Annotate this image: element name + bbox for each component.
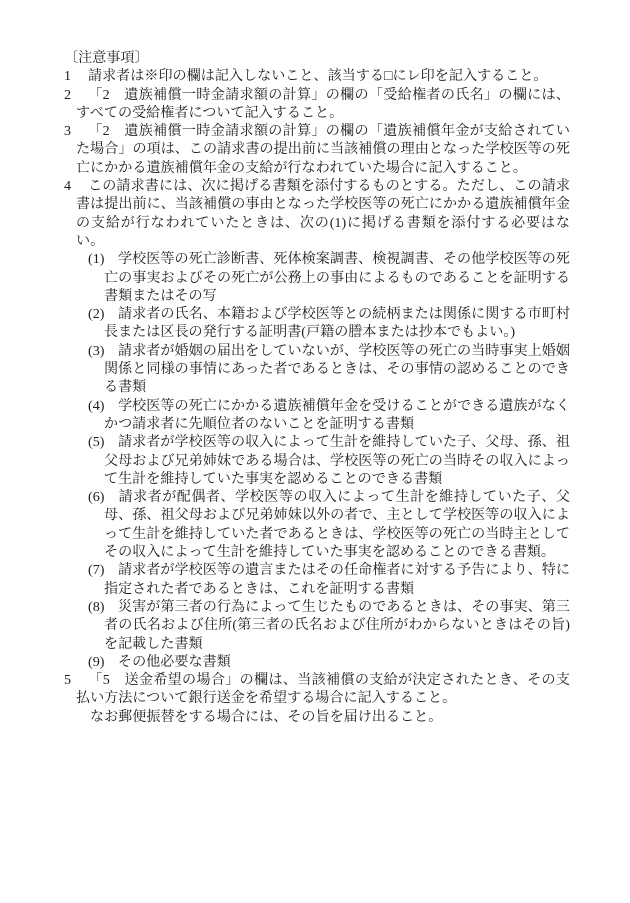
- item-number: 2: [64, 86, 88, 104]
- note-item-1: 1請求者は※印の欄は記入しないこと、該当する□にレ印を記入すること。: [76, 67, 570, 85]
- note-item-3: 3「2 遺族補償一時金請求額の計算」の欄の「遺族補償年金が支給されていた場合」の…: [76, 122, 570, 177]
- subitem-number: (3): [88, 342, 118, 360]
- item-number: 1: [64, 67, 88, 85]
- note-item-5-postscript: なお郵便振替をする場合には、その旨を届け出ること。: [76, 708, 570, 726]
- subitem-text: 請求者が婚姻の届出をしていないが、学校医等の死亡の当時事実上婚姻関係と同様の事情…: [104, 343, 570, 396]
- subitem-number: (8): [88, 598, 118, 616]
- subitem-number: (2): [88, 305, 118, 323]
- note-subitem-2: (2)請求者の氏名、本籍および学校医等との続柄または関係に関する市町村長または区…: [104, 305, 570, 342]
- item-text: 「5 送金希望の場合」の欄は、当該補償の支給が決定されたとき、その支払い方法につ…: [76, 672, 570, 706]
- notes-title: 〔注意事項〕: [64, 49, 570, 67]
- subitem-number: (1): [88, 250, 118, 268]
- note-subitem-8: (8)災害が第三者の行為によって生じたものであるときは、その事実、第三者の氏名お…: [104, 598, 570, 653]
- subitem-text: その他必要な書類: [118, 654, 231, 670]
- subitem-text: 請求者が学校医等の遺言またはその任命権者に対する予告により、特に指定された者であ…: [104, 562, 570, 596]
- subitem-number: (7): [88, 561, 118, 579]
- subitem-text: 請求者の氏名、本籍および学校医等との続柄または関係に関する市町村長または区長の発…: [104, 306, 570, 340]
- note-subitem-5: (5)請求者が学校医等の収入によって生計を維持していた子、父母、孫、祖父母および…: [104, 433, 570, 488]
- subitem-text: 学校医等の死亡にかかる遺族補償年金を受けることができる遺族がなくかつ請求者に先順…: [104, 398, 570, 432]
- subitem-text: 災害が第三者の行為によって生じたものであるときは、その事実、第三者の氏名および住…: [104, 599, 570, 652]
- note-item-2: 2「2 遺族補償一時金請求額の計算」の欄の「受給権者の氏名」の欄には、すべての受…: [76, 86, 570, 123]
- item-number: 4: [64, 177, 88, 195]
- note-subitem-3: (3)請求者が婚姻の届出をしていないが、学校医等の死亡の当時事実上婚姻関係と同様…: [104, 342, 570, 397]
- subitem-number: (6): [88, 488, 118, 506]
- item-number: 5: [64, 671, 88, 689]
- note-subitem-9: (9)その他必要な書類: [104, 653, 570, 671]
- subitem-number: (5): [88, 433, 118, 451]
- note-subitem-4: (4)学校医等の死亡にかかる遺族補償年金を受けることができる遺族がなくかつ請求者…: [104, 397, 570, 434]
- subitem-number: (9): [88, 653, 118, 671]
- subitem-text: 請求者が学校医等の収入によって生計を維持していた子、父母、孫、祖父母および兄弟姉…: [104, 434, 570, 487]
- document-page: 〔注意事項〕 1請求者は※印の欄は記入しないこと、該当する□にレ印を記入すること…: [0, 0, 630, 903]
- subitem-text: 請求者が配偶者、学校医等の収入によって生計を維持していた子、父母、孫、祖父母およ…: [104, 489, 570, 560]
- subitem-number: (4): [88, 397, 118, 415]
- note-item-5: 5「5 送金希望の場合」の欄は、当該補償の支給が決定されたとき、その支払い方法に…: [76, 671, 570, 708]
- item-number: 3: [64, 122, 88, 140]
- note-subitem-7: (7)請求者が学校医等の遺言またはその任命権者に対する予告により、特に指定された…: [104, 561, 570, 598]
- item-text: この請求書には、次に掲げる書類を添付するものとする。ただし、この請求書は提出前に…: [76, 178, 570, 249]
- subitem-text: 学校医等の死亡診断書、死体検案調書、検視調書、その他学校医等の死亡の事実およびそ…: [104, 251, 570, 304]
- item-text: 「2 遺族補償一時金請求額の計算」の欄の「受給権者の氏名」の欄には、すべての受給…: [76, 87, 570, 121]
- note-subitem-6: (6)請求者が配偶者、学校医等の収入によって生計を維持していた子、父母、孫、祖父…: [104, 488, 570, 561]
- notes-section: 〔注意事項〕 1請求者は※印の欄は記入しないこと、該当する□にレ印を記入すること…: [0, 49, 630, 726]
- note-item-4: 4この請求書には、次に掲げる書類を添付するものとする。ただし、この請求書は提出前…: [76, 177, 570, 250]
- item-text: 請求者は※印の欄は記入しないこと、該当する□にレ印を記入すること。: [88, 68, 548, 84]
- item-text: 「2 遺族補償一時金請求額の計算」の欄の「遺族補償年金が支給されていた場合」の項…: [76, 123, 570, 176]
- note-subitem-1: (1)学校医等の死亡診断書、死体検案調書、検視調書、その他学校医等の死亡の事実お…: [104, 250, 570, 305]
